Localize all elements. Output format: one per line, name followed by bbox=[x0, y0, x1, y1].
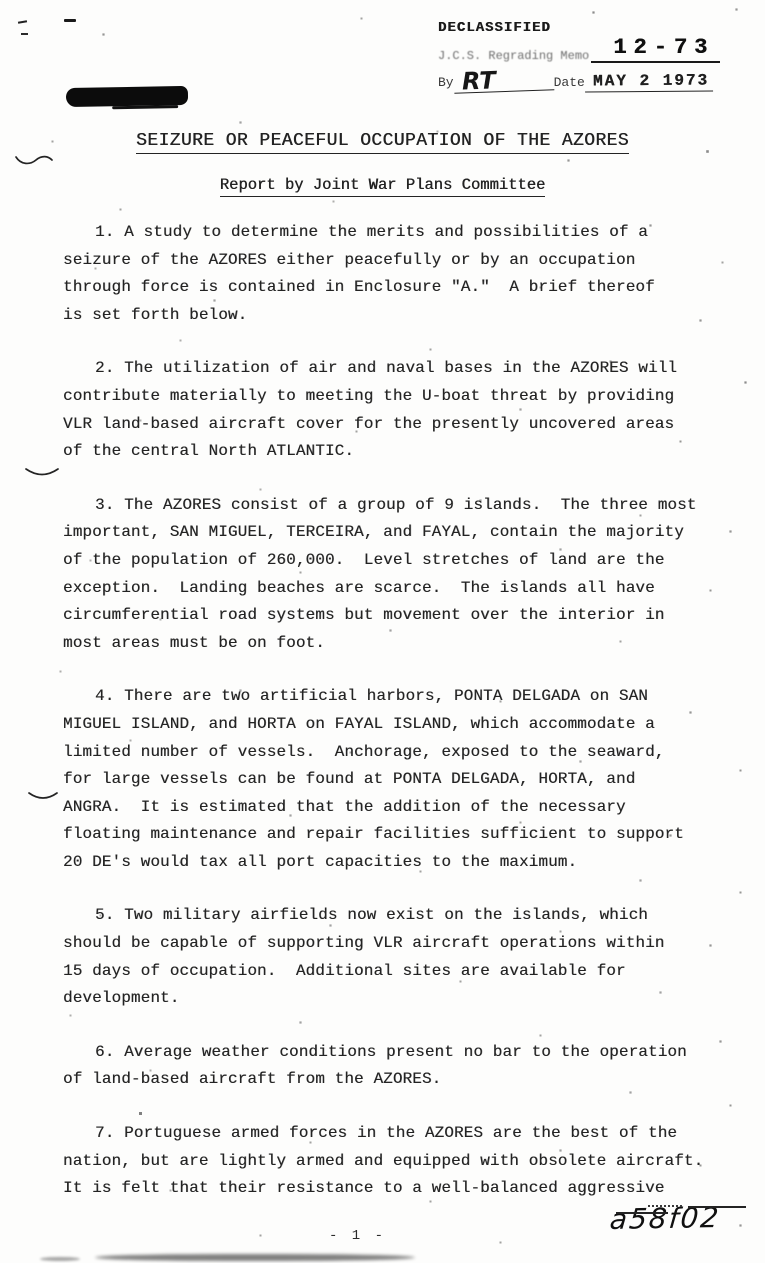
paragraph-line: 5. Two military airfields now exist on t… bbox=[63, 902, 743, 930]
paragraph-line: of the central North ATLANTIC. bbox=[63, 438, 743, 466]
paragraph-line: ANGRA. It is estimated that the addition… bbox=[63, 794, 743, 822]
stray-mark bbox=[64, 19, 76, 22]
paragraph-line: floating maintenance and repair faciliti… bbox=[63, 821, 743, 849]
paragraph-line: most areas must be on foot. bbox=[63, 630, 743, 658]
paragraph-line: development. bbox=[63, 985, 743, 1013]
stamp-memo-number: 12-73 bbox=[591, 37, 720, 63]
document-title: SEIZURE OR PEACEFUL OCCUPATION OF THE AZ… bbox=[0, 131, 765, 151]
paragraph-line: 1. A study to determine the merits and p… bbox=[63, 219, 743, 247]
paragraph-line: 6. Average weather conditions present no… bbox=[63, 1039, 743, 1067]
scan-noise bbox=[0, 0, 1, 1]
declassification-stamp: DECLASSIFIED J.C.S. Regrading Memo 12-73… bbox=[438, 20, 720, 92]
document-page: DECLASSIFIED J.C.S. Regrading Memo 12-73… bbox=[0, 0, 765, 1263]
paragraph-line: MIGUEL ISLAND, and HORTA on FAYAL ISLAND… bbox=[63, 711, 743, 739]
paragraph-line: 20 DE's would tax all port capacities to… bbox=[63, 849, 743, 877]
paragraph-line: 4. There are two artificial harbors, PON… bbox=[63, 683, 743, 711]
paragraph-line: limited number of vessels. Anchorage, ex… bbox=[63, 739, 743, 767]
paragraph-line: nation, but are lightly armed and equipp… bbox=[63, 1148, 743, 1176]
paragraph-line: It is felt that their resistance to a we… bbox=[63, 1175, 743, 1203]
paragraph-1: 1. A study to determine the merits and p… bbox=[63, 219, 743, 329]
body-text: 1. A study to determine the merits and p… bbox=[63, 219, 743, 1229]
stray-mark bbox=[18, 20, 27, 24]
stray-underline bbox=[616, 1212, 668, 1214]
paragraph-line: contribute materially to meeting the U-b… bbox=[63, 383, 743, 411]
scan-smudge bbox=[40, 1257, 80, 1261]
stamp-declassified-text: DECLASSIFIED bbox=[438, 20, 720, 36]
paragraph-line: of the population of 260,000. Level stre… bbox=[63, 547, 743, 575]
paragraph-line: for large vessels can be found at PONTA … bbox=[63, 766, 743, 794]
paragraph-4: 4. There are two artificial harbors, PON… bbox=[63, 683, 743, 876]
paragraph-line: 3. The AZORES consist of a group of 9 is… bbox=[63, 492, 743, 520]
redaction-bar bbox=[66, 86, 188, 107]
paragraph-line: 7. Portuguese armed forces in the AZORES… bbox=[63, 1120, 743, 1148]
stamp-memo-label: J.C.S. Regrading Memo bbox=[438, 49, 589, 63]
stray-mark bbox=[21, 33, 28, 35]
paragraph-6: 6. Average weather conditions present no… bbox=[63, 1039, 743, 1094]
stamp-by-initials: RT bbox=[453, 68, 554, 94]
paragraph-2: 2. The utilization of air and naval base… bbox=[63, 355, 743, 465]
paragraph-3: 3. The AZORES consist of a group of 9 is… bbox=[63, 492, 743, 658]
paragraph-5: 5. Two military airfields now exist on t… bbox=[63, 902, 743, 1012]
paragraph-line: 15 days of occupation. Additional sites … bbox=[63, 958, 743, 986]
stray-mark bbox=[688, 1206, 746, 1208]
paragraph-line: VLR land-based aircraft cover for the pr… bbox=[63, 411, 743, 439]
paragraph-line: should be capable of supporting VLR airc… bbox=[63, 930, 743, 958]
document-subtitle: Report by Joint War Plans Committee bbox=[0, 176, 765, 194]
paragraph-line: is set forth below. bbox=[63, 302, 743, 330]
stray-dotted-line bbox=[648, 1205, 682, 1207]
paragraph-line: circumferential road systems but movemen… bbox=[63, 602, 743, 630]
margin-squiggle bbox=[14, 152, 54, 170]
scan-smudge bbox=[95, 1254, 415, 1261]
paragraph-line: exception. Landing beaches are scarce. T… bbox=[63, 575, 743, 603]
paragraph-7: 7. Portuguese armed forces in the AZORES… bbox=[63, 1120, 743, 1203]
paragraph-line: of land-based aircraft from the AZORES. bbox=[63, 1066, 743, 1094]
paragraph-line: seizure of the AZORES either peacefully … bbox=[63, 247, 743, 275]
margin-squiggle bbox=[27, 790, 59, 804]
margin-squiggle bbox=[24, 465, 60, 481]
paragraph-line: important, SAN MIGUEL, TERCEIRA, and FAY… bbox=[63, 519, 743, 547]
stamp-by-label: By bbox=[438, 75, 454, 92]
paragraph-line: through force is contained in Enclosure … bbox=[63, 274, 743, 302]
paragraph-line: 2. The utilization of air and naval base… bbox=[63, 355, 743, 383]
stamp-date-label: Date bbox=[554, 75, 585, 92]
stamp-date-value: MAY 2 1973 bbox=[585, 73, 713, 93]
